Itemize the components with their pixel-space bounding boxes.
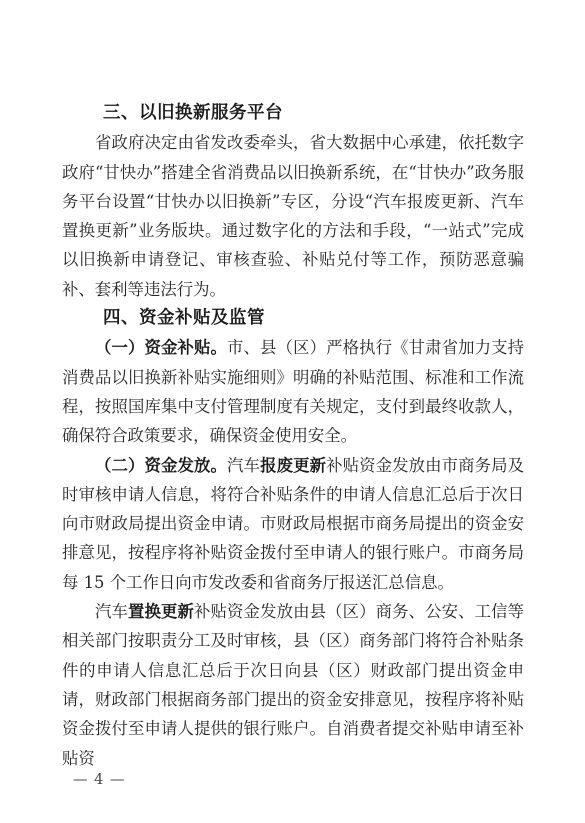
paragraph-text: 汽车 [227,456,260,475]
paragraph-trade-in-platform: 省政府决定由省发改委牵头，省大数据中心承建，依托数字政府“甘快办”搭建全省消费品… [62,128,524,304]
paragraph-text: 补贴资金发放由县（区）商务、公安、工信等相关部门按职责分工及时审核，县（区）商务… [62,602,524,767]
term-scrap-renewal: 报废更新 [260,456,326,475]
paragraph-fund-subsidy: （一）资金补贴。市、县（区）严格执行《甘肃省加力支持消费品以旧换新补贴实施细则》… [62,333,524,450]
paragraph-text: 汽车 [95,602,128,621]
paragraph-fund-disburse-county: 汽车置换更新补贴资金发放由县（区）商务、公安、工信等相关部门按职责分工及时审核，… [62,597,524,773]
paragraph-lead-fund-disburse: （二）资金发放。 [95,456,227,475]
term-replacement-renewal: 置换更新 [128,602,194,621]
paragraph-fund-disburse-city: （二）资金发放。汽车报废更新补贴资金发放由市商务局及时审核申请人信息，将符合补贴… [62,451,524,597]
paragraph-text: 省政府决定由省发改委牵头，省大数据中心承建，依托数字政府“甘快办”搭建全省消费品… [62,133,524,298]
section-heading-trade-in-platform: 三、以旧换新服务平台 [62,99,524,128]
section-heading-fund-subsidy-supervision: 四、资金补贴及监管 [62,304,524,333]
paragraph-text: 补贴资金发放由市商务局及时审核申请人信息，将符合补贴条件的申请人信息汇总后于次日… [62,456,524,592]
paragraph-lead-fund-subsidy: （一）资金补贴。 [95,338,227,357]
document-page: 三、以旧换新服务平台 省政府决定由省发改委牵头，省大数据中心承建，依托数字政府“… [0,0,585,823]
page-number: — 4 — [73,772,125,788]
